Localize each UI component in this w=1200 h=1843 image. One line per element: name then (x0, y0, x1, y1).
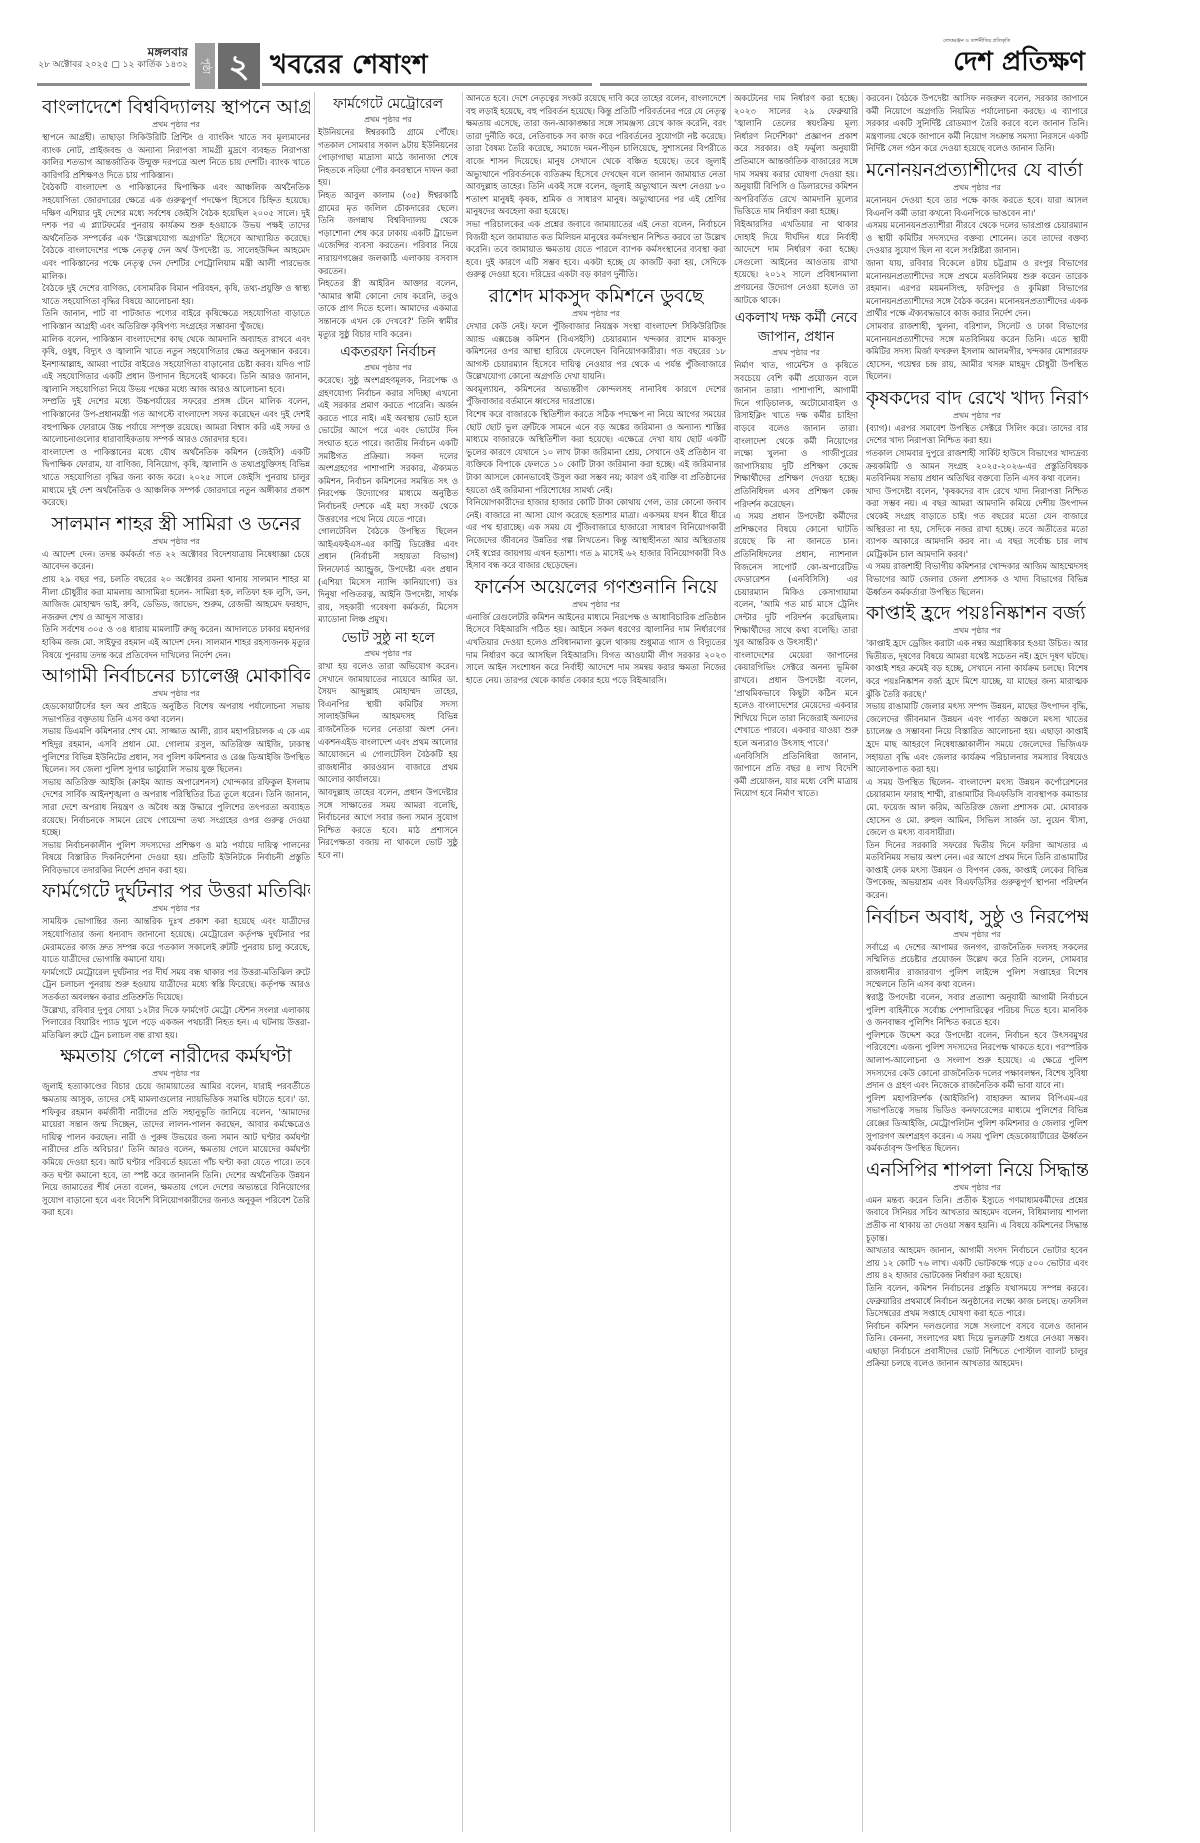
headline: কাপ্তাই হ্রদে পয়ঃনিষ্কাশন বর্জ্য মাছের (866, 601, 1088, 625)
article-kaptai-lake: কাপ্তাই হ্রদে পয়ঃনিষ্কাশন বর্জ্য মাছের … (866, 601, 1088, 901)
article-women-work-hours: ক্ষমতায় গেলে নারীদের কর্মঘণ্টা প্রথম পৃ… (42, 1044, 310, 1219)
continued-from: প্রথম পৃষ্ঠার পর (734, 347, 858, 358)
headline: একতরফা নির্বাচন (318, 343, 458, 362)
continued-from: প্রথম পৃষ্ঠার পর (42, 1068, 310, 1079)
headline: ফার্মগেটে মেট্রোরেল (318, 95, 458, 114)
masthead-rule-left (37, 83, 190, 86)
paragraph: বৈঠকটি বাংলাদেশ ও পাকিস্তানের দ্বিপাক্ষি… (42, 181, 310, 282)
paragraph: মালিক বলেন, পাকিস্তান বাংলাদেশের কাছ থেক… (42, 333, 310, 396)
paragraph: বাংলাদেশের মেয়েরা জাপানের কেয়ারগিভিং স… (734, 649, 858, 750)
paragraph: তিনি বলেন, কমিশন নির্বাচনের প্রস্তুতি যথ… (866, 1282, 1088, 1320)
section-title: খবরের শেষাংশ (270, 44, 428, 88)
continued-from: প্রথম পৃষ্ঠার পর (466, 599, 726, 610)
continued-from: প্রথম পৃষ্ঠার পর (866, 625, 1088, 636)
paragraph: বাংলাদেশ ও পাকিস্তানের মধ্যে যৌথ অর্থনৈত… (42, 446, 310, 509)
continued-from: প্রথম পৃষ্ঠার পর (466, 308, 726, 319)
paragraph: এ আদেশ দেন। তদন্ত কর্মকর্তা গত ২২ অক্টোব… (42, 548, 310, 573)
newspaper-logo: লোকরঞ্জন ও তার্শনীতির প্রতিকৃতি দেশ প্রত… (935, 38, 1085, 78)
paragraph: সভায় অতিরিক্ত আইজি (ক্রাইম অ্যান্ড অপার… (42, 776, 310, 839)
headline: মনোনয়নপ্রত্যাশীদের যে বার্তা দিলেন (866, 158, 1088, 182)
column-divider (462, 92, 463, 1832)
issue-day: মঙ্গলবার (38, 46, 188, 59)
headline: একলাখ দক্ষ কর্মী নেবে জাপান, প্রধান (734, 309, 858, 347)
article-vote-fair: ভোট সুষ্ঠু না হলে প্রথম পৃষ্ঠার পর রাখা … (318, 629, 458, 862)
paragraph: প্রায় ২৯ বছর পর, চলতি বছরের ২০ অক্টোবর … (42, 573, 310, 623)
paragraph: নিহত আবুল কালাম (৩৫) ঈশ্বরকাঠি গ্রামের ম… (318, 189, 458, 277)
continued-from: প্রথম পৃষ্ঠার পর (318, 648, 458, 659)
article-farness-oil: ফার্নেস অয়েলের গণশুনানি নিয়ে প্রথম পৃষ… (466, 575, 726, 687)
paragraph: তিন দিনের সরকারি সফরের দ্বিতীয় দিনে ফরি… (866, 839, 1088, 902)
paragraph: স্বরাষ্ট্র উপদেষ্টা বলেন, সবার প্রত্যাশা… (866, 991, 1088, 1029)
paragraph: পুলিশ মহাপরিদর্শক (আইজিপি) বাহারুল আলম ব… (866, 1092, 1088, 1155)
paragraph: বিইআরসির এখতিয়ার না থাকার দোহাই দিয়ে দ… (734, 218, 858, 306)
column-3: আনতে হবে। দেশে নেতৃত্বের সংকট রয়েছে দাব… (466, 92, 726, 1837)
paragraph: (ব্যাগ)। এরপর সমাবেশ উপস্থিত সেক্টরে সিল… (866, 422, 1088, 447)
article-leadership-crisis: আনতে হবে। দেশে নেতৃত্বের সংকট রয়েছে দাব… (466, 92, 726, 281)
continued-from: প্রথম পৃষ্ঠার পর (42, 903, 310, 914)
headline: রাশেদ মাকসুদ কমিশনে ডুবছে (466, 284, 726, 308)
article-farmgate-uttara: ফার্মগেটে দুর্ঘটনার পর উত্তরা মতিঝিল প্র… (42, 879, 310, 1041)
paragraph: সভায় রাঙামাটি জেলার মৎস্য সম্পদ উন্নয়ন… (866, 700, 1088, 776)
paragraph: জুলাই হত্যাকাণ্ডের বিচার চেয়ে জামায়াতে… (42, 1080, 310, 1219)
paragraph: গতকাল সোমবার দুপুরে রাজশাহী সার্কিট হাউস… (866, 447, 1088, 485)
article-nomination-message: মনোনয়নপ্রত্যাশীদের যে বার্তা দিলেন প্রথ… (866, 158, 1088, 383)
paragraph: সর্বাগ্রে এ দেশের আপামর জনগণ, রাজনৈতিক দ… (866, 941, 1088, 991)
paragraph: সাময়িক ভোগান্তির জন্য আন্তরিক দুঃখ প্রক… (42, 915, 310, 965)
article-one-lakh-workers: একলাখ দক্ষ কর্মী নেবে জাপান, প্রধান প্রথ… (734, 309, 858, 800)
paragraph: সোমবার রাজশাহী, খুলনা, বরিশাল, সিলেট ও ঢ… (866, 320, 1088, 383)
headline: ক্ষমতায় গেলে নারীদের কর্মঘণ্টা (42, 1044, 310, 1068)
paragraph: ফার্মগেটে মেট্রোরেল দুর্ঘটনার পর দীর্ঘ স… (42, 966, 310, 1004)
continued-from: প্রথম পৃষ্ঠার পর (42, 536, 310, 547)
headline: ফার্মগেটে দুর্ঘটনার পর উত্তরা মতিঝিল (42, 879, 310, 903)
column-2: ফার্মগেটে মেট্রোরেল প্রথম পৃষ্ঠার পর ইউন… (318, 92, 458, 1837)
paragraph: স্থাপনে আগ্রহী। তাছাড়া সিকিউরিটি প্রিন্… (42, 131, 310, 181)
paragraph: নির্বাচন কমিশন দলগুলোর সঙ্গে সংলাপে বসবে… (866, 1320, 1088, 1370)
page-number: ২ (218, 43, 260, 89)
paragraph: আনতে হবে। দেশে নেতৃত্বের সংকট রয়েছে দাব… (466, 92, 726, 218)
article-university: বাংলাদেশে বিশ্ববিদ্যালয় স্থাপনে আগ্রহী … (42, 95, 310, 509)
paragraph: নির্মাণ খাত, গার্মেন্টস ও কৃষিতে সবচেয়ে… (734, 359, 858, 510)
paragraph: এসময় মনোনয়নপ্রত্যাশীরা নীরবে থেকে দলের… (866, 219, 1088, 257)
continued-from: প্রথম পৃষ্ঠার পর (866, 929, 1088, 940)
headline: ভোট সুষ্ঠু না হলে (318, 629, 458, 648)
headline: আগামী নির্বাচনের চ্যালেঞ্জ মোকাবিলায় (42, 664, 310, 688)
article-maksud-commission: রাশেদ মাকসুদ কমিশনে ডুবছে প্রথম পৃষ্ঠার … (466, 284, 726, 572)
paragraph: নিহতের স্ত্রী আইরিন আক্তার বলেন, 'আমার স… (318, 277, 458, 340)
paragraph: এনবিসিসি প্রতিনিধিরা জানান, জাপানে প্রতি… (734, 750, 858, 800)
paragraph: এমন মন্তব্য করেন তিনি। প্রতীক ইস্যুতে গণ… (866, 1194, 1088, 1244)
article-farmgate-metro: ফার্মগেটে মেট্রোরেল প্রথম পৃষ্ঠার পর ইউন… (318, 95, 458, 340)
continued-from: প্রথম পৃষ্ঠার পর (318, 114, 458, 125)
paragraph: 'কাপ্তাই হ্রদে ড্রেজিং করাটা এক নম্বর অগ… (866, 637, 1088, 700)
paragraph: এ সময় উপস্থিত ছিলেন- বাংলাদেশ মৎস্য উন্… (866, 776, 1088, 839)
article-fuel-pricing: অকটেনের দাম নির্ধারণ করা হচ্ছে। ২০২৩ সাল… (734, 92, 858, 306)
paragraph: বিশেষ করে বাজারকে স্থিতিশীল করতে সঠিক পদ… (466, 408, 726, 496)
column-divider (862, 92, 863, 1832)
continued-from: প্রথম পৃষ্ঠার পর (42, 688, 310, 699)
article-one-sided-election: একতরফা নির্বাচন প্রথম পৃষ্ঠার পর করেছে। … (318, 343, 458, 626)
continued-from: প্রথম পৃষ্ঠার পর (866, 1182, 1088, 1193)
paragraph: তিনি সর্বশেষ ৩০৫ ও ৩৪ ধারায় মামলাটি রুজ… (42, 623, 310, 661)
paragraph: বৈঠকে দুই দেশের বাণিজ্য, বেসামরিক বিমান … (42, 282, 310, 307)
paragraph: জানা যায়, রবিবার বিকেলে ৪টায় চট্টগ্রাম… (866, 257, 1088, 320)
issue-date-text: ২৮ অক্টোবর ২০২৫ ▢ ১২ কার্তিক ১৪৩২ (38, 60, 188, 70)
paragraph: উল্লেখ্য, রবিবার দুপুর সোয়া ১২টার দিকে … (42, 1004, 310, 1042)
article-salman-shah: সালমান শাহর স্ত্রী সামিরা ও ডনের প্রথম প… (42, 512, 310, 661)
article-fair-election: নির্বাচন অবাধ, সুষ্ঠু ও নিরপেক্ষ করতে প্… (866, 905, 1088, 1155)
paragraph: খাদ্য উপদেষ্টা বলেন, 'কৃষকদের বাদ রেখে খ… (866, 485, 1088, 561)
paragraph: দেখার কেউ নেই। ফলে পুঁজিবাজার নিয়ন্ত্রক… (466, 320, 726, 383)
page-label: পৃষ্ঠা (195, 43, 215, 89)
paragraph: হেডকোয়ার্টার্সের হল অব প্রাইডে অনুষ্ঠিত… (42, 700, 310, 725)
headline: বাংলাদেশে বিশ্ববিদ্যালয় স্থাপনে আগ্রহী (42, 95, 310, 119)
paragraph: গোলটেবিল বৈঠকে উপস্থিত ছিলেন আইএফইএস-এর … (318, 525, 458, 626)
continued-from: প্রথম পৃষ্ঠার পর (318, 362, 458, 373)
paragraph: আখতার আহমেদ জানান, আগামী সংসদ নির্বাচনে … (866, 1244, 1088, 1282)
article-japan-meeting: করবেন। বৈঠকে উপদেষ্টা আসিফ নজরুল বলেন, স… (866, 92, 1088, 155)
paragraph: অবমূল্যায়ন, কমিশনের অভ্যন্তরীণ কোন্দলসহ… (466, 383, 726, 408)
headline: কৃষকদের বাদ রেখে খাদ্য নিরাপত্তা (866, 386, 1088, 410)
column-5: করবেন। বৈঠকে উপদেষ্টা আসিফ নজরুল বলেন, স… (866, 92, 1088, 1837)
paragraph: রাখা হয় বলেও তারা অভিযোগ করেন। সেখানে জ… (318, 660, 458, 786)
issue-date: মঙ্গলবার ২৮ অক্টোবর ২০২৫ ▢ ১২ কার্তিক ১৪… (38, 46, 188, 72)
paragraph: তিনি জানান, পাট বা পাটজাত পণ্যের বাইরে ক… (42, 307, 310, 332)
column-4: অকটেনের দাম নির্ধারণ করা হচ্ছে। ২০২৩ সাল… (734, 92, 858, 1837)
column-1: বাংলাদেশে বিশ্ববিদ্যালয় স্থাপনে আগ্রহী … (42, 92, 310, 1837)
article-ncp-shapla: এনসিপির শাপলা নিয়ে সিদ্ধান্ত জানিয়ে প্… (866, 1158, 1088, 1370)
paragraph: সম্প্রতি দুই দেশের মধ্যে উচ্চপর্যায়ের স… (42, 395, 310, 445)
paragraph: সভা পরিচালকের এক প্রশ্নের জবাবে জামায়াত… (466, 218, 726, 281)
continued-from: প্রথম পৃষ্ঠার পর (866, 410, 1088, 421)
paragraph: বিনিয়োগকারীদের হাজার হাজার কোটি টাকা কো… (466, 496, 726, 572)
masthead: মঙ্গলবার ২৮ অক্টোবর ২০২৫ ▢ ১২ কার্তিক ১৪… (0, 0, 1200, 88)
paragraph: মনোনয়ন দেওয়া হবে তার পক্ষে কাজ করতে হব… (866, 194, 1088, 219)
paragraph: পুলিশকে উদ্দেশ করে উপদেষ্টা বলেন, নির্বা… (866, 1029, 1088, 1092)
paragraph: সভায় নির্বাচনকালীন পুলিশ সদস্যদের প্রশি… (42, 839, 310, 877)
paragraph: আবদুল্লাহ তাহের বলেন, প্রধান উপদেষ্টার স… (318, 786, 458, 862)
paragraph: সভায় ডিএমপি কমিশনার শেখ মো. সাজ্জাত আলী… (42, 725, 310, 775)
headline: এনসিপির শাপলা নিয়ে সিদ্ধান্ত জানিয়ে (866, 1158, 1088, 1182)
column-divider (730, 92, 731, 1832)
logo-name: দেশ প্রতিক্ষণ (953, 47, 1085, 77)
headline: সালমান শাহর স্ত্রী সামিরা ও ডনের (42, 512, 310, 536)
paragraph: করেছে। সুষ্ঠু অংশগ্রহণমূলক, নিরপেক্ষ ও গ… (318, 374, 458, 525)
headline: ফার্নেস অয়েলের গণশুনানি নিয়ে (466, 575, 726, 599)
article-food-security: কৃষকদের বাদ রেখে খাদ্য নিরাপত্তা প্রথম প… (866, 386, 1088, 598)
continued-from: প্রথম পৃষ্ঠার পর (42, 119, 310, 130)
paragraph: করবেন। বৈঠকে উপদেষ্টা আসিফ নজরুল বলেন, স… (866, 92, 1088, 155)
masthead-rule-right (600, 83, 1087, 86)
continued-from: প্রথম পৃষ্ঠার পর (866, 182, 1088, 193)
masthead-rule-mid (262, 83, 592, 86)
paragraph: এ সময় প্রধান উপদেষ্টা কর্মীদের প্রশিক্ষ… (734, 510, 858, 649)
paragraph: এ সময় রাজশাহী বিভাগীয় কমিশনার খোন্দকার… (866, 560, 1088, 598)
paragraph: ইউনিয়নের ঈশ্বরকাঠি গ্রামে পৌঁছে। গতকাল … (318, 126, 458, 189)
paragraph: অকটেনের দাম নির্ধারণ করা হচ্ছে। ২০২৩ সাল… (734, 92, 858, 218)
column-divider (314, 92, 315, 1832)
logo-tagline: লোকরঞ্জন ও তার্শনীতির প্রতিকৃতি (935, 38, 1085, 46)
article-election-challenge: আগামী নির্বাচনের চ্যালেঞ্জ মোকাবিলায় প্… (42, 664, 310, 876)
headline: নির্বাচন অবাধ, সুষ্ঠু ও নিরপেক্ষ করতে (866, 905, 1088, 929)
paragraph: এনার্জি রেগুলেটরি কমিশন আইনের মাধ্যমে নি… (466, 611, 726, 687)
